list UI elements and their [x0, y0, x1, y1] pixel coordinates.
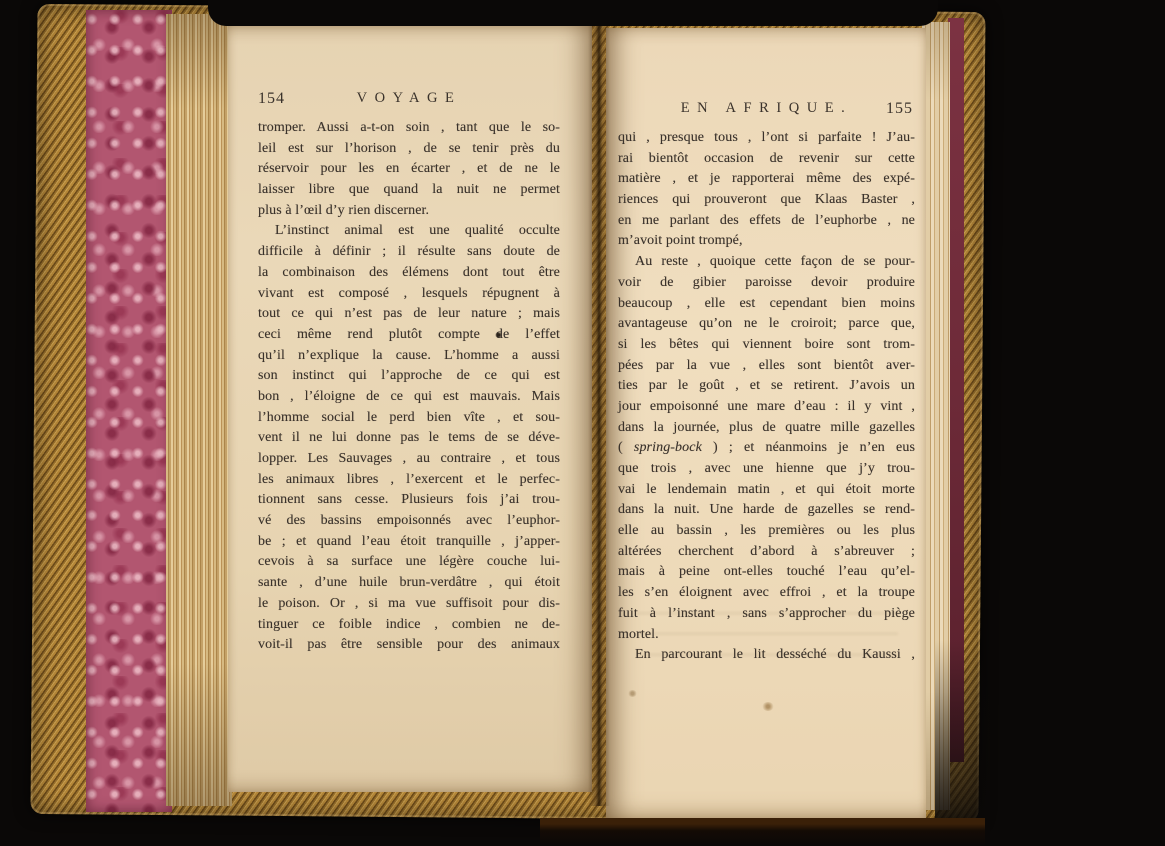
- text-line: vent il ne lui donne pas le tems de se d…: [258, 428, 560, 449]
- text-line: L’instinct animal est une qualité occult…: [258, 221, 560, 242]
- text-line: tout ce qui n’est pas de leur nature ; m…: [258, 304, 560, 325]
- text-line: sante , d’une huile brun-verdâtre , qui …: [258, 573, 560, 594]
- text-line: elle au bassin , les premières ou les pl…: [618, 521, 915, 542]
- text-segment: ) ; et néanmoins je n’en eus: [702, 440, 915, 455]
- text-line: avantageuse qu’on ne le croiroit; parce …: [618, 314, 915, 335]
- text-line: m’avoit point trompé,: [618, 231, 915, 252]
- text-line: dans la journée, plus de quatre mille ga…: [618, 418, 915, 439]
- text-line: qu’il n’explique la cause. L’homme a aus…: [258, 346, 560, 367]
- text-line: vivant est composé , lesquels répugnent …: [258, 284, 560, 305]
- text-line: difficile à définir ; il résulte sans do…: [258, 242, 560, 263]
- text-line: que trois , avec une hienne que j’y trou…: [618, 459, 915, 480]
- right-page: EN AFRIQUE. 155 qui , presque tous , l’o…: [606, 28, 926, 818]
- italic-text: spring-bock: [634, 440, 702, 455]
- text-line: jour empoisonné une mare d’eau : il y vi…: [618, 397, 915, 418]
- text-line: dans la nuit. Une harde de gazelles se r…: [618, 500, 915, 521]
- left-page-header: 154 VOYAGE: [258, 90, 560, 110]
- book-gutter: [588, 26, 610, 806]
- gilded-fore-edge: [166, 14, 232, 806]
- right-page-text: qui , presque tous , l’ont si parfaite !…: [618, 128, 915, 666]
- left-page-text: tromper. Aussi a-t-on soin , tant que le…: [258, 118, 560, 656]
- text-line: la combinaison des élémens dont tout êtr…: [258, 263, 560, 284]
- text-line: tromper. Aussi a-t-on soin , tant que le…: [258, 118, 560, 139]
- text-line: vé des bassins empoisonnés avec l’euphor…: [258, 511, 560, 532]
- right-running-title: EN AFRIQUE.: [681, 100, 853, 117]
- text-line: bon , l’éloigne de ce qui est mauvais. M…: [258, 387, 560, 408]
- text-line: leil est sur l’horison , de se tenir prè…: [258, 139, 560, 160]
- text-line: ( spring-bock ) ; et néanmoins je n’en e…: [618, 438, 915, 459]
- left-page-number: 154: [258, 90, 285, 108]
- text-line: les animaux libres , l’exercent et le pe…: [258, 470, 560, 491]
- text-line: si les bêtes qui viennent boire sont tro…: [618, 335, 915, 356]
- left-page: 154 VOYAGE tromper. Aussi a-t-on soin , …: [228, 26, 592, 792]
- text-line: altérées cherchent d’abord à s’abreuver …: [618, 542, 915, 563]
- text-line: be ; et quand l’eau étoit tranquille , j…: [258, 532, 560, 553]
- text-line: ceci même rend plutôt compte de l’effet: [258, 325, 560, 346]
- text-line: riences qui prouveront que Klaas Baster …: [618, 190, 915, 211]
- bottom-shadow: [540, 818, 985, 846]
- text-line: voir de gibier paroisse devoir produire: [618, 273, 915, 294]
- text-line: son instinct qui l’approche de ce qui es…: [258, 366, 560, 387]
- text-line: l’homme social le perd bien vîte , et so…: [258, 408, 560, 429]
- text-line: Au reste , quoique cette façon de se pou…: [618, 252, 915, 273]
- text-line: rai bientôt occasion de revenir sur cett…: [618, 149, 915, 170]
- text-line: voit-il pas être sensible pour des anima…: [258, 635, 560, 656]
- text-line: tinguer ce foible indice , combien ne de…: [258, 615, 560, 636]
- text-line: mais à peine ont-elles touché l’eau qu’e…: [618, 562, 915, 583]
- text-line: pées par la vue , elles sont bientôt ave…: [618, 356, 915, 377]
- top-shadow: [208, 0, 938, 26]
- right-page-number: 155: [886, 100, 913, 118]
- text-segment: (: [618, 440, 634, 455]
- text-line: le poison. Or , si ma vue suffisoit pour…: [258, 594, 560, 615]
- text-line: laisser libre que quand la nuit ne perme…: [258, 180, 560, 201]
- right-page-header: EN AFRIQUE. 155: [618, 100, 915, 120]
- text-line: lopper. Les Sauvages , au contraire , et…: [258, 449, 560, 470]
- book-photograph: 154 VOYAGE tromper. Aussi a-t-on soin , …: [0, 0, 1165, 846]
- text-line: les s’en éloignent avec effroi , et la t…: [618, 583, 915, 604]
- shadow-fade: [935, 640, 990, 846]
- text-line: plus à l’œil d’y rien discerner.: [258, 201, 560, 222]
- text-line: réservoir pour les en écarter , et de ne…: [258, 159, 560, 180]
- text-line: ties par le goût , et se retirent. J’avo…: [618, 376, 915, 397]
- marbled-endpaper: [86, 10, 172, 812]
- left-running-title: VOYAGE: [357, 90, 462, 107]
- text-line: vai le lendemain matin , et qui étoit mo…: [618, 480, 915, 501]
- ink-showthrough: [636, 612, 898, 658]
- text-line: matière , et je rapporterai même des exp…: [618, 169, 915, 190]
- text-line: beaucoup , elle est cependant bien moins: [618, 294, 915, 315]
- text-line: qui , presque tous , l’ont si parfaite !…: [618, 128, 915, 149]
- text-line: en me parlant des effets de l’euphorbe ,…: [618, 211, 915, 232]
- text-line: tionnent sans cesse. Plusieurs fois j’ai…: [258, 490, 560, 511]
- text-line: cevois à sa surface une légère couche lu…: [258, 552, 560, 573]
